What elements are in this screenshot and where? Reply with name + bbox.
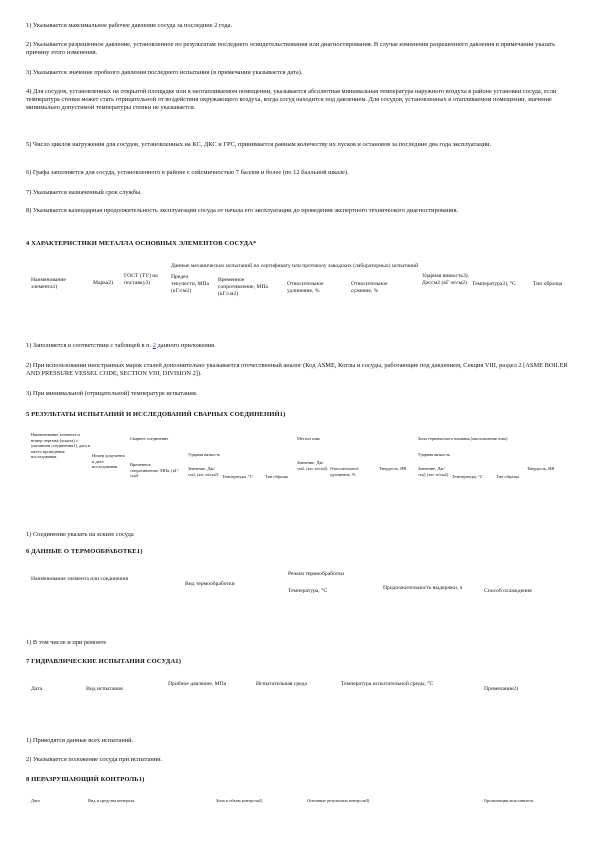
s4-col-impact: Ударная вязкость3), Дж/см2 (кГ·м/см2): [422, 273, 470, 287]
s7-col-pressure: Пробное давление, МПа: [168, 681, 248, 688]
note-1: 1) Указывается максимальное рабочее давл…: [26, 22, 571, 30]
s8-col-zone: Зона и объем контроля2): [216, 798, 306, 804]
s5-metal-elongation: Относительное удлинение, %: [330, 466, 378, 477]
s5-note: 1) Соединение указать на эскизе сосуда: [26, 531, 571, 539]
note-8: 8) Указывается календарная продолжительн…: [26, 207, 571, 215]
s4-col-grade: Марка2): [93, 280, 123, 287]
s6-col-type: Вид термообработки: [185, 581, 265, 588]
section-7-title: 7 ГИДРАВЛИЧЕСКИЕ ИСПЫТАНИЯ СОСУДА1): [26, 658, 181, 666]
s5-weld-tensile: Временное сопротивление, МПа, (кГ/см2): [130, 462, 180, 479]
s6-note: 1) В том числе и при ремонте: [26, 639, 571, 647]
s5-weld-impact-header: Ударная вязкость: [188, 452, 258, 458]
s4-col-specimen: Тип образца: [533, 281, 563, 288]
s7-col-date: Дата: [31, 686, 71, 693]
s5-metal-hardness: Твердость, НВ: [379, 466, 413, 472]
s8-col-organization: Организация-исполнитель: [484, 798, 584, 804]
s6-col-temp: Температура, °С: [288, 588, 358, 595]
s7-note-1: 1) Приводятся данные всех испытаний.: [26, 737, 571, 745]
section-5-title: 5 РЕЗУЛЬТАТЫ ИСПЫТАНИЙ И ИССЛЕДОВАНИЙ СВ…: [26, 411, 285, 419]
s6-col-cooling: Способ охлаждения: [484, 588, 574, 595]
s6-group-mode: Режим термообработки: [288, 571, 408, 578]
s7-col-test-type: Вид испытания: [86, 686, 156, 693]
document-page: 1) Указывается максимальное рабочее давл…: [0, 0, 595, 842]
s5-metal-impact: Значение, Дж/см2, (кгс·м/см2): [297, 460, 329, 471]
s5-haz-impact-temp: Температура, °С: [452, 474, 486, 480]
s4-note-3: 3) При минимальной (отрицательной) темпе…: [26, 390, 571, 398]
s5-col-document: Номер документа и дата исследования: [92, 453, 128, 470]
note-6: 6) Графа заполняется для сосуда, установ…: [26, 169, 571, 177]
s4-col-elongation: Относительное удлинение, %: [287, 281, 342, 295]
s7-col-medium: Испытательная среда: [256, 681, 326, 688]
s5-weld-impact-temp: Температура, °С: [222, 474, 256, 480]
s5-weld-impact-value: Значение, Дж/см2, (кгс·м/см2): [188, 466, 222, 477]
s8-col-method: Вид и средства контроля: [88, 798, 198, 804]
s5-group-haz: Зона термического влияния (околошовная з…: [418, 436, 593, 442]
s5-haz-hardness: Твердость, НВ: [527, 466, 561, 472]
s5-group-metal: Металл шва: [297, 436, 377, 442]
section-6-title: 6 ДАННЫЕ О ТЕРМООБРАБОТКЕ1): [26, 548, 143, 556]
note-7: 7) Указывается назначенный срок службы.: [26, 189, 571, 197]
s5-weld-impact-type: Тип образца: [265, 474, 289, 480]
s4-col-element: Наименование элемента1): [31, 277, 89, 291]
s4-note-1-text: 1) Заполняется в соответствии с таблицей…: [26, 342, 153, 349]
section-4-title: 4 ХАРАКТЕРИСТИКИ МЕТАЛЛА ОСНОВНЫХ ЭЛЕМЕН…: [26, 240, 256, 248]
section-8-title: 8 НЕРАЗРУШАЮЩИЙ КОНТРОЛЬ1): [26, 776, 144, 784]
s5-haz-impact-header: Ударная вязкость: [418, 452, 498, 458]
s5-haz-impact-value: Значение, Дж/см2, (кгс·м/см2): [418, 466, 450, 477]
s4-note-2: 2) При использовании иностранных марок с…: [26, 362, 571, 378]
s7-note-2: 2) Указывается положение сосуда при испы…: [26, 756, 571, 764]
s5-haz-impact-type: Тип образца: [496, 474, 520, 480]
s5-group-weld: Сварное соединение: [130, 436, 250, 442]
s4-note-1: 1) Заполняется в соответствии с таблицей…: [26, 342, 571, 350]
section-4-group-header: Данные механических испытаний по сертифи…: [171, 263, 591, 270]
s4-col-gost: ГОСТ (ТУ) на поставку3): [124, 273, 164, 287]
s8-col-date: Дата: [31, 798, 71, 804]
s7-col-medium-temp: Температура испытательной среды, °С: [341, 681, 481, 688]
s7-col-remarks: Примечание2): [484, 686, 564, 693]
s4-col-tensile: Временное сопротивление, МПа (кГ/см2): [218, 277, 273, 297]
s4-col-reduction: Относительное сужение, %: [351, 281, 406, 295]
s6-col-element: Наименование элемента или соединения: [31, 576, 141, 583]
s8-col-results: Основные результаты контроля3): [307, 798, 437, 804]
note-2: 2) Указывается разрешенное давление, уст…: [26, 41, 571, 57]
note-4: 4) Для сосудов, установленных на открыто…: [26, 88, 571, 113]
s4-col-temperature: Температура3), °С: [472, 281, 527, 288]
note-3: 3) Указывается значение пробного давлени…: [26, 69, 571, 77]
s4-note-1-tail: данного приложения.: [156, 342, 216, 349]
note-5: 5) Число циклов нагружения для сосудов, …: [26, 141, 571, 149]
s6-col-duration: Продолжительность выдержки, ч: [383, 585, 463, 592]
s5-col-element: Наименование элемента и номер чертежа (э…: [31, 432, 91, 460]
s4-col-yield: Предел текучести, МПа (кГ/см2): [171, 274, 209, 294]
